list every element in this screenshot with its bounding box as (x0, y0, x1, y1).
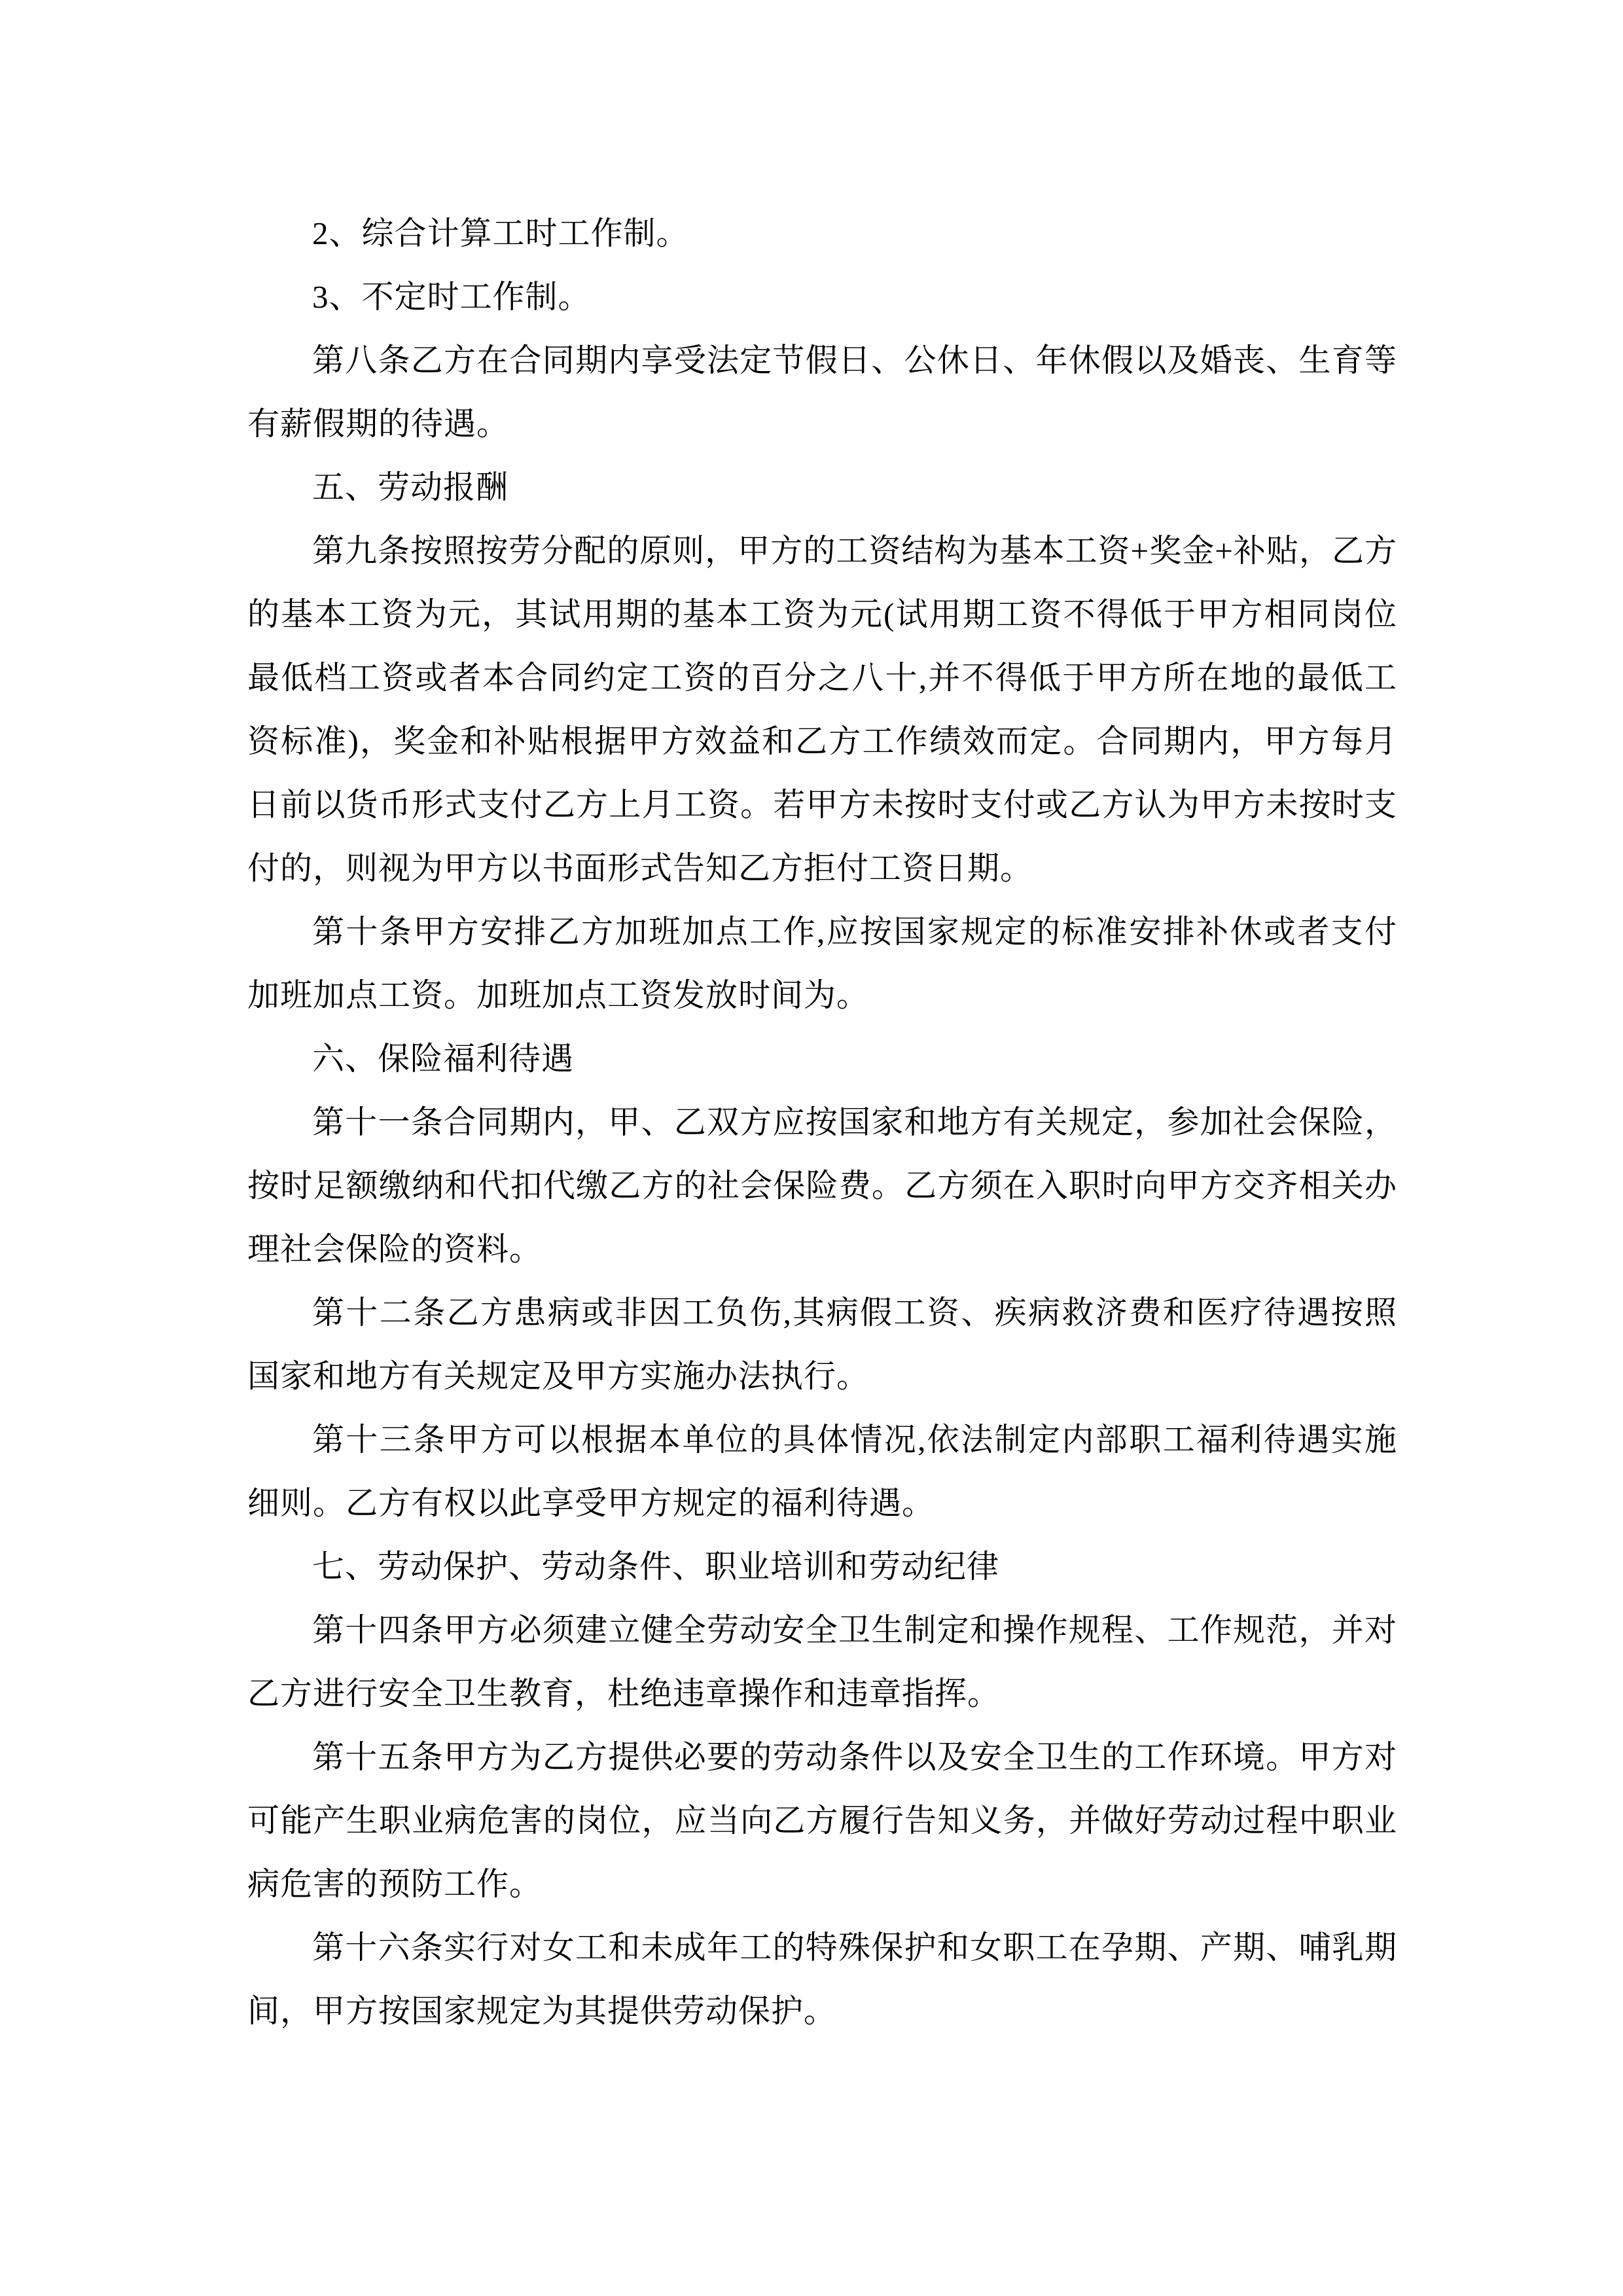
text-line: 按时足额缴纳和代扣代缴乙方的社会保险费。乙方须在入职时向甲方交齐相关办 (247, 1154, 1397, 1217)
text-line: 加班加点工资。加班加点工资发放时间为。 (247, 963, 1397, 1027)
text-line: 3、不定时工作制。 (247, 265, 1397, 329)
text-line: 第八条乙方在合同期内享受法定节假日、公休日、年休假以及婚丧、生育等 (247, 329, 1397, 392)
text-line: 可能产生职业病危害的岗位，应当向乙方履行告知义务，并做好劳动过程中职业 (247, 1789, 1397, 1852)
text-line: 细则。乙方有权以此享受甲方规定的福利待遇。 (247, 1471, 1397, 1535)
text-line: 日前以货币形式支付乙方上月工资。若甲方未按时支付或乙方认为甲方未按时支 (247, 773, 1397, 836)
text-line: 第九条按照按劳分配的原则，甲方的工资结构为基本工资+奖金+补贴，乙方 (247, 519, 1397, 583)
text-line: 国家和地方有关规定及甲方实施办法执行。 (247, 1344, 1397, 1408)
document-page: 2、综合计算工时工作制。3、不定时工作制。第八条乙方在合同期内享受法定节假日、公… (0, 0, 1623, 2296)
text-line: 的基本工资为元，其试用期的基本工资为元(试用期工资不得低于甲方相同岗位 (247, 583, 1397, 646)
text-line: 第十条甲方安排乙方加班加点工作,应按国家规定的标准安排补休或者支付 (247, 900, 1397, 963)
text-line: 五、劳动报酬 (247, 456, 1397, 519)
text-line: 病危害的预防工作。 (247, 1852, 1397, 1916)
text-line: 间，甲方按国家规定为其提供劳动保护。 (247, 1979, 1397, 2043)
text-line: 有薪假期的待遇。 (247, 392, 1397, 456)
text-line: 乙方进行安全卫生教育，杜绝违章操作和违章指挥。 (247, 1662, 1397, 1725)
document-body: 2、综合计算工时工作制。3、不定时工作制。第八条乙方在合同期内享受法定节假日、公… (247, 202, 1397, 2043)
text-line: 资标准)，奖金和补贴根据甲方效益和乙方工作绩效而定。合同期内，甲方每月 (247, 709, 1397, 773)
text-line: 第十五条甲方为乙方提供必要的劳动条件以及安全卫生的工作环境。甲方对 (247, 1725, 1397, 1789)
text-line: 第十一条合同期内，甲、乙双方应按国家和地方有关规定，参加社会保险， (247, 1090, 1397, 1154)
text-line: 最低档工资或者本合同约定工资的百分之八十,并不得低于甲方所在地的最低工 (247, 646, 1397, 709)
text-line: 六、保险福利待遇 (247, 1027, 1397, 1090)
text-line: 第十二条乙方患病或非因工负伤,其病假工资、疾病救济费和医疗待遇按照 (247, 1281, 1397, 1344)
text-line: 七、劳动保护、劳动条件、职业培训和劳动纪律 (247, 1535, 1397, 1598)
text-line: 第十三条甲方可以根据本单位的具体情况,依法制定内部职工福利待遇实施 (247, 1408, 1397, 1471)
text-line: 第十四条甲方必须建立健全劳动安全卫生制定和操作规程、工作规范，并对 (247, 1598, 1397, 1662)
text-line: 第十六条实行对女工和未成年工的特殊保护和女职工在孕期、产期、哺乳期 (247, 1916, 1397, 1979)
text-line: 2、综合计算工时工作制。 (247, 202, 1397, 265)
text-line: 理社会保险的资料。 (247, 1217, 1397, 1281)
text-line: 付的，则视为甲方以书面形式告知乙方拒付工资日期。 (247, 836, 1397, 900)
